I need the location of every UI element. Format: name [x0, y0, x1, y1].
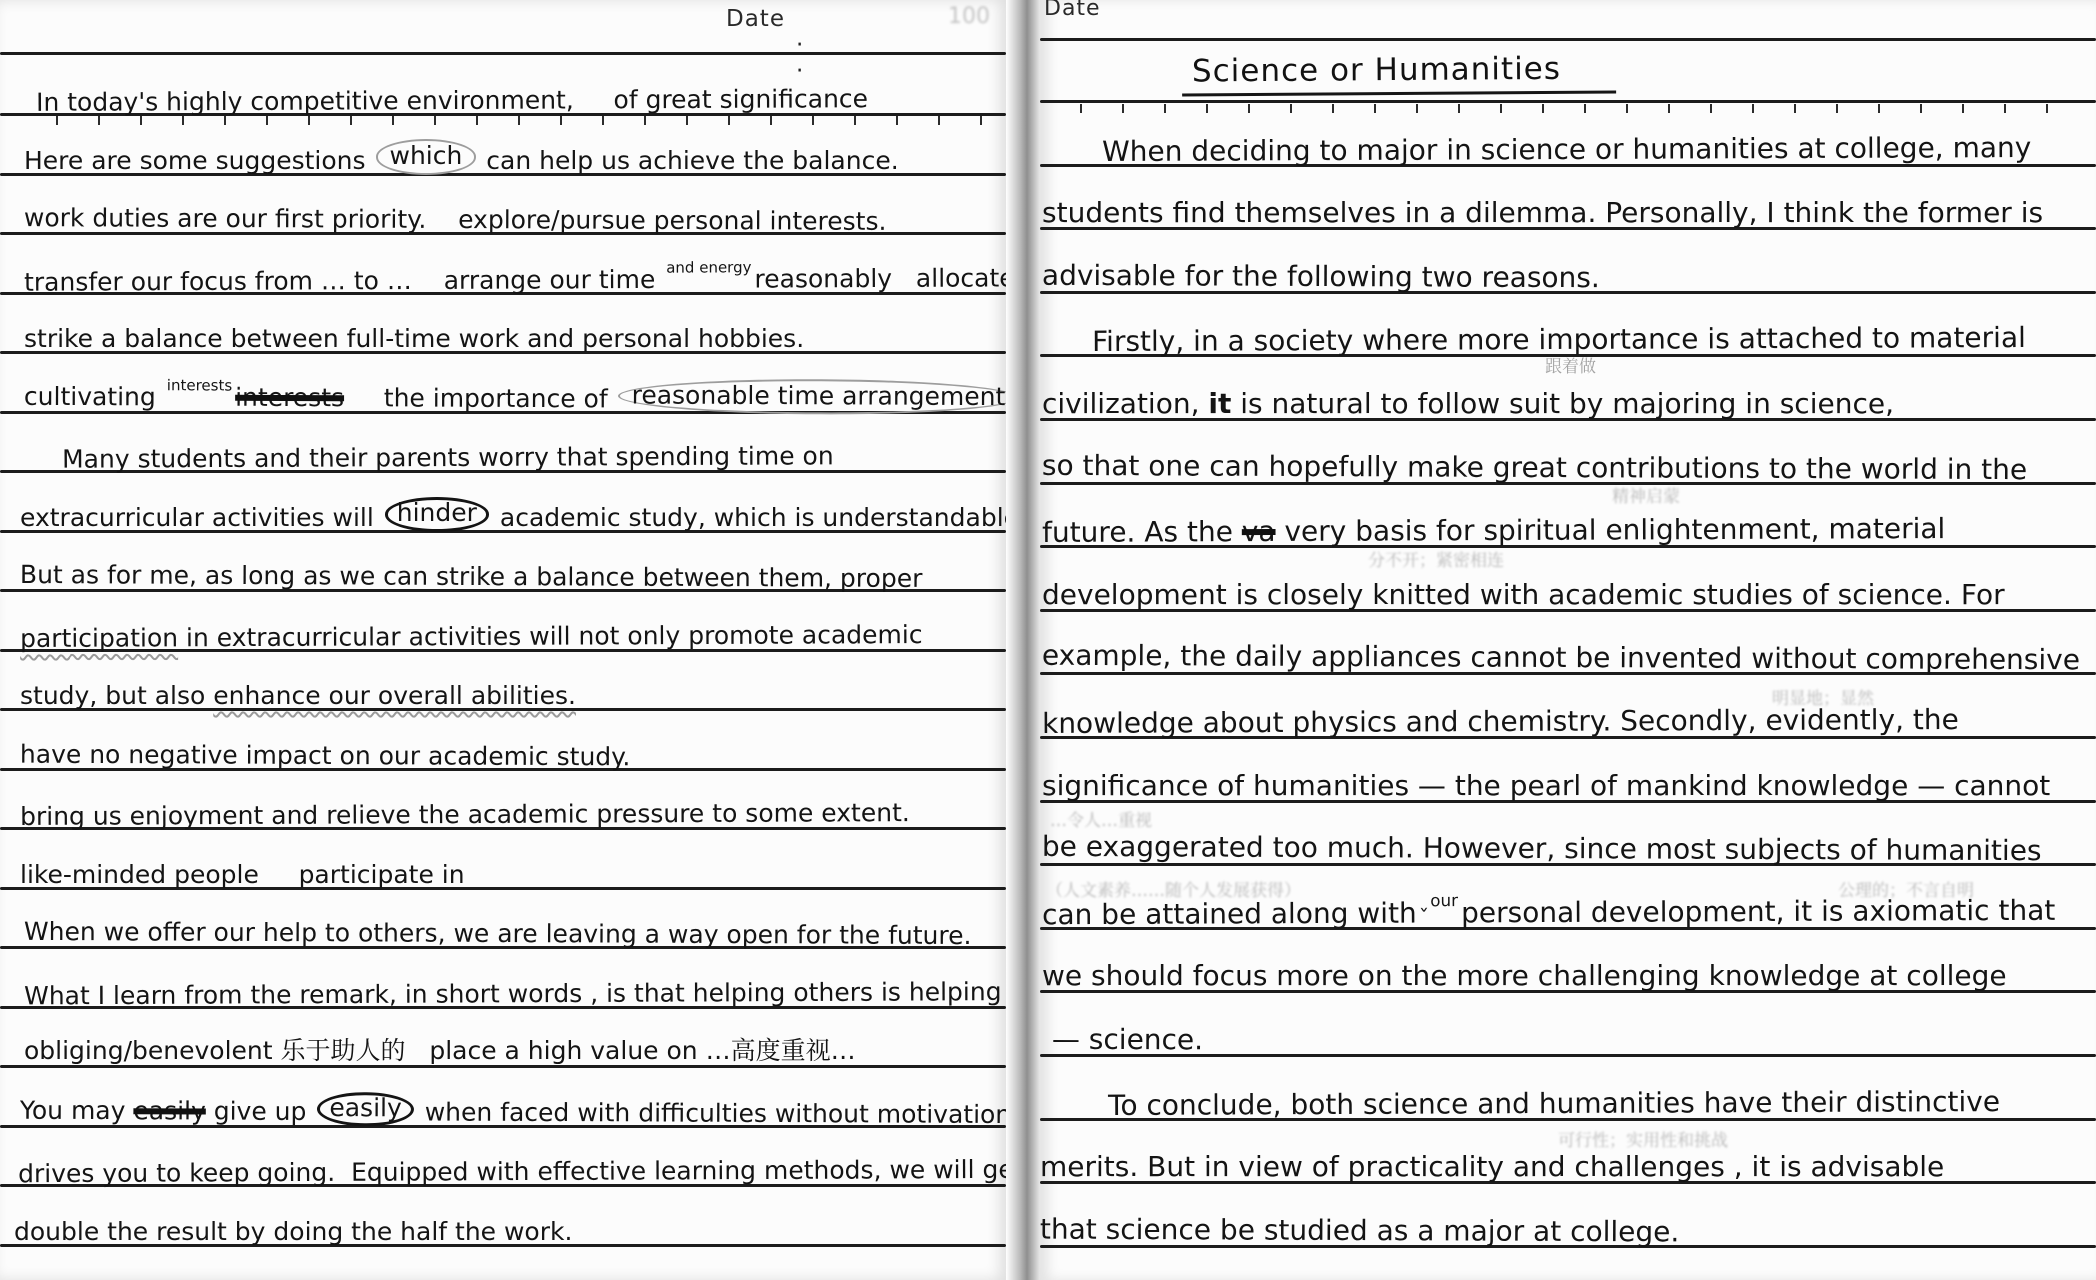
date-label-text: Date: [1044, 0, 1101, 21]
handwritten-line: that science be studied as a major at co…: [1040, 1187, 1680, 1248]
handwritten-line: When we offer our help to others, we are…: [24, 892, 972, 950]
pencil-annotation: 分不开；紧密相连: [1368, 546, 1504, 571]
line-segment: merits. But in view of practicality and …: [1040, 1150, 1944, 1183]
scanned-notebook: { "page_left": { "date_label": "Date", "…: [0, 0, 2096, 1280]
handwritten-line: merits. But in view of practicality and …: [1040, 1125, 1944, 1183]
handwritten-line: be exaggerated too much. However, since …: [1042, 805, 2042, 867]
handwritten-line: extracurricular activities will hinder a…: [20, 478, 1006, 532]
line-segment: Here are some suggestions: [24, 146, 374, 175]
line-segment: development is closely knitted with acad…: [1042, 578, 2005, 611]
line-segment: very basis for spiritual enlightenment, …: [1275, 512, 1945, 548]
line-segment-wavy: participation: [20, 623, 178, 653]
handwritten-line: have no negative impact on our academic …: [20, 714, 631, 771]
line-segment: When we offer our help to others, we are…: [24, 917, 972, 950]
pencil-annotation: （人文素养……随个人发展获得）: [1046, 876, 1301, 901]
line-segment: we should focus more on the more challen…: [1042, 959, 2007, 992]
line-segment: in extracurricular activities will not o…: [178, 620, 923, 652]
pencil-annotation: 跟着做: [1545, 352, 1596, 377]
line-segment: But as for me, as long as we can strike …: [20, 560, 923, 593]
handwritten-line: so that one can hopefully make great con…: [1042, 423, 2027, 485]
line-segment: future. As the: [1042, 515, 1242, 549]
line-segment-wavy: enhance our overall abilities.: [213, 681, 576, 710]
pencil-annotation: …令人…重视: [1050, 806, 1152, 831]
handwritten-line: You may easily give up easily when faced…: [20, 1070, 1006, 1129]
line-segment: work duties are our first priority. expl…: [24, 203, 887, 236]
line-segment-caret: ˇ: [1419, 905, 1430, 929]
handwritten-line: students find themselves in a dilemma. P…: [1042, 171, 2043, 229]
handwritten-line: future. As the va very basis for spiritu…: [1042, 487, 1945, 549]
page-gutter: [1006, 0, 1040, 1280]
line-segment: reasonably allocate time: [754, 263, 1006, 293]
line-segment: students find themselves in a dilemma. P…: [1042, 196, 2043, 229]
line-segment-oval: which: [376, 139, 477, 175]
line-segment: cultivating: [24, 381, 164, 411]
line-segment-sup: interests: [167, 376, 232, 394]
line-segment-circle: easily: [317, 1091, 414, 1126]
ruled-line: [1040, 100, 2096, 103]
line-segment-strike: interests: [235, 382, 344, 411]
handwritten-line: obliging/benevolent 乐于助人的 place a high v…: [24, 1013, 856, 1067]
line-segment: can help us achieve the balance.: [478, 146, 898, 175]
handwritten-line: What I learn from the remark, in short w…: [24, 951, 1006, 1010]
line-segment-bold: it: [1208, 387, 1231, 420]
handwritten-line: When deciding to major in science or hum…: [1102, 106, 2032, 168]
line-segment: You may: [20, 1095, 134, 1124]
handwritten-line: we should focus more on the more challen…: [1042, 934, 2007, 992]
line-segment: give up: [206, 1096, 315, 1125]
page-right: Date Science or Humanities When deciding…: [1040, 0, 2096, 1280]
handwritten-line: In today's highly competitive environmen…: [36, 59, 868, 117]
pencil-annotation: 明显地；显然: [1772, 684, 1874, 709]
handwritten-line: advisable for the following two reasons.: [1042, 234, 1600, 294]
line-segment: example, the daily appliances cannot be …: [1042, 639, 2080, 677]
line-segment-sup: our: [1430, 890, 1458, 910]
handwritten-line: like-minded people participate in: [20, 835, 465, 889]
line-segment: — science.: [1052, 1023, 1203, 1057]
date-label-text: Date: [726, 6, 785, 32]
line-segment: double the result by doing the half the …: [14, 1217, 572, 1246]
line-segment: that science be studied as a major at co…: [1040, 1212, 1679, 1248]
handwritten-line: Here are some suggestions which can help…: [24, 121, 899, 175]
ruled-line: [1040, 38, 2096, 41]
line-segment: so that one can hopefully make great con…: [1042, 448, 2027, 485]
pencil-annotation: 公理的；不言自明: [1838, 876, 1974, 901]
line-segment: What I learn from the remark, in short w…: [24, 976, 1006, 1010]
line-segment-circle: hinder: [385, 497, 489, 531]
handwritten-line: cultivating interestsinterests the impor…: [24, 356, 1006, 414]
handwritten-line: significance of humanities — the pearl o…: [1042, 744, 2050, 802]
line-segment: obliging/benevolent 乐于助人的 place a high v…: [24, 1031, 856, 1067]
line-segment: bring us enjoyment and relieve the acade…: [20, 798, 910, 831]
line-segment: extracurricular activities will: [20, 503, 382, 532]
handwritten-line: Firstly, in a society where more importa…: [1092, 296, 2026, 358]
line-segment: academic study, which is understandable.: [492, 503, 1006, 532]
essay-title: Science or Humanities: [1182, 50, 1616, 96]
line-segment: can be attained along with: [1042, 896, 1417, 931]
line-segment: In today's highly competitive environmen…: [36, 84, 868, 117]
handwritten-line: Many students and their parents worry th…: [62, 416, 834, 473]
line-segment-strike: va: [1242, 515, 1276, 548]
handwritten-line: participation in extracurricular activit…: [20, 595, 923, 653]
handwritten-line: study, but also enhance our overall abil…: [20, 656, 576, 710]
line-segment: Many students and their parents worry th…: [62, 441, 834, 473]
line-segment: when faced with difficulties without mot…: [417, 1097, 1006, 1129]
score-mark: 100: [948, 4, 990, 29]
handwritten-line: — science.: [1052, 998, 1203, 1057]
line-segment: be exaggerated too much. However, since …: [1042, 830, 2042, 867]
line-segment: civilization,: [1042, 387, 1208, 420]
handwritten-line: bring us enjoyment and relieve the acade…: [20, 773, 910, 831]
line-segment: When deciding to major in science or hum…: [1102, 131, 2031, 168]
line-segment-sup: and energy: [666, 258, 751, 276]
line-segment: To conclude, both science and humanities…: [1108, 1085, 2000, 1122]
pencil-annotation: 精神启蒙: [1612, 482, 1680, 507]
pencil-annotation: 可行性；实用性和挑战: [1558, 1126, 1728, 1151]
handwritten-line: example, the daily appliances cannot be …: [1042, 614, 2080, 677]
line-segment: like-minded people participate in: [20, 860, 465, 889]
line-segment: study, but also: [20, 681, 213, 710]
line-segment-strike: easily: [133, 1096, 206, 1125]
handwritten-line: development is closely knitted with acad…: [1042, 553, 2005, 611]
handwritten-line: civilization, it is natural to follow su…: [1042, 362, 1894, 420]
handwritten-line: strike a balance between full-time work …: [24, 299, 804, 353]
handwritten-line: To conclude, both science and humanities…: [1108, 1060, 2000, 1122]
line-segment: drives you to keep going. Equipped with …: [18, 1155, 1006, 1188]
line-segment: advisable for the following two reasons.: [1042, 259, 1600, 294]
handwritten-line: drives you to keep going. Equipped with …: [18, 1130, 1006, 1188]
ruled-line: [0, 52, 1006, 55]
line-segment: is natural to follow suit by majoring in…: [1231, 387, 1894, 420]
line-segment: have no negative impact on our academic …: [20, 739, 631, 771]
handwritten-line: transfer our focus from … to … arrange o…: [24, 237, 1006, 296]
line-segment: strike a balance between full-time work …: [24, 324, 804, 353]
line-segment: the importance of: [344, 383, 616, 413]
page-left: Date· · 100 In today's highly competitiv…: [0, 0, 1006, 1280]
date-label-right: Date: [1044, 0, 1101, 21]
handwritten-line: double the result by doing the half the …: [14, 1192, 572, 1246]
line-segment-oval: reasonable time arrangement: [618, 377, 1006, 414]
handwritten-line: work duties are our first priority. expl…: [24, 178, 887, 236]
handwritten-line: But as for me, as long as we can strike …: [20, 535, 923, 593]
line-segment: significance of humanities — the pearl o…: [1042, 769, 2050, 802]
line-segment: transfer our focus from … to … arrange o…: [24, 264, 663, 296]
